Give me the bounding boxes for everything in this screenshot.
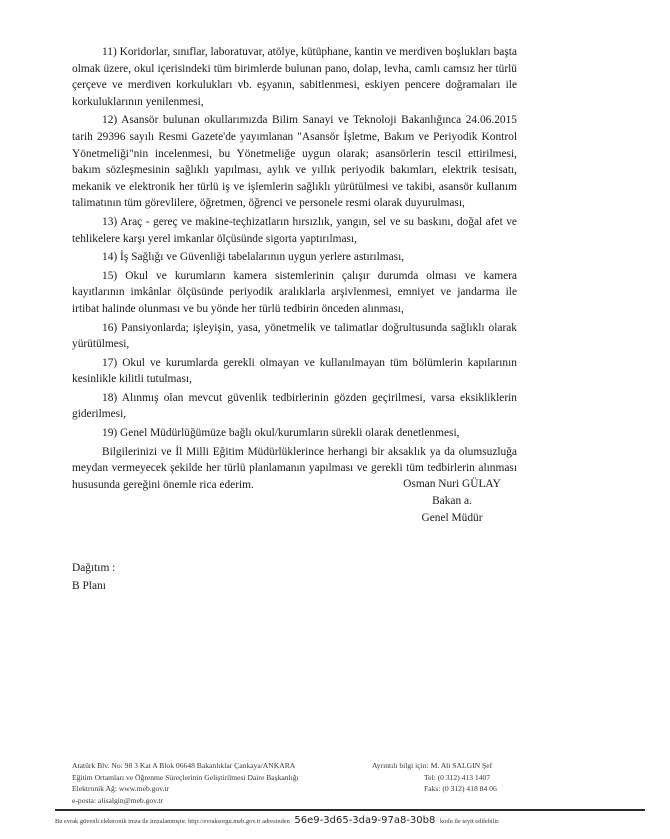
verification-line: Bu evrak güvenli elektronik imza ile imz… (55, 815, 500, 826)
footer-fax: Faks: (0 312) 418 84 06 (372, 783, 497, 795)
signatory-title: Genel Müdür (382, 510, 522, 527)
footer-web: Elektronik Ağ: www.meb.gov.tr (72, 783, 299, 795)
list-item-19: 19) Genel Müdürlüğümüze bağlı okul/kurum… (72, 425, 517, 442)
list-item-16: 16) Pansiyonlarda; işleyişin, yasa, yöne… (72, 320, 517, 353)
footer-email: e-posta: alisalgin@meb.gov.tr (72, 795, 299, 807)
distribution-label: Dağıtım : (72, 559, 115, 577)
verification-suffix: kodu ile teyit edilebilir. (440, 818, 500, 825)
footer-divider (55, 809, 645, 811)
footer-department: Eğitim Ortamları ve Öğrenme Süreçlerinin… (72, 772, 299, 784)
document-body: 11) Koridorlar, sınıflar, laboratuvar, a… (72, 44, 517, 493)
list-item-14: 14) İş Sağlığı ve Güvenliği tabelalarını… (72, 249, 517, 266)
signatory-name: Osman Nuri GÜLAY (382, 476, 522, 493)
footer-tel: Tel: (0 312) 413 1407 (372, 772, 497, 784)
distribution-block: Dağıtım : B Planı (72, 559, 115, 595)
signature-block: Osman Nuri GÜLAY Bakan a. Genel Müdür (382, 476, 522, 527)
footer-address-block: Atatürk Blv. No: 98 3 Kat A Blok 06648 B… (72, 760, 299, 806)
verification-code: 56e9-3d65-3da9-97a8-30b8 (294, 815, 435, 826)
document-page: 11) Koridorlar, sınıflar, laboratuvar, a… (0, 0, 670, 839)
list-item-18: 18) Alınmış olan mevcut güvenlik tedbirl… (72, 390, 517, 423)
list-item-11: 11) Koridorlar, sınıflar, laboratuvar, a… (72, 44, 517, 110)
distribution-recipient: B Planı (72, 577, 115, 595)
list-item-17: 17) Okul ve kurumlarda gerekli olmayan v… (72, 355, 517, 388)
signatory-on-behalf: Bakan a. (382, 493, 522, 510)
footer-address: Atatürk Blv. No: 98 3 Kat A Blok 06648 B… (72, 760, 299, 772)
verification-prefix: Bu evrak güvenli elektronik imza ile imz… (55, 818, 290, 825)
list-item-13: 13) Araç - gereç ve makine-teçhizatların… (72, 214, 517, 247)
list-item-15: 15) Okul ve kurumların kamera sistemleri… (72, 268, 517, 318)
footer-contact-block: Ayrıntılı bilgi için: M. Ali SALGIN Şef … (372, 760, 497, 795)
list-item-12: 12) Asansör bulunan okullarımızda Bilim … (72, 112, 517, 212)
footer-contact: Ayrıntılı bilgi için: M. Ali SALGIN Şef (372, 760, 497, 772)
